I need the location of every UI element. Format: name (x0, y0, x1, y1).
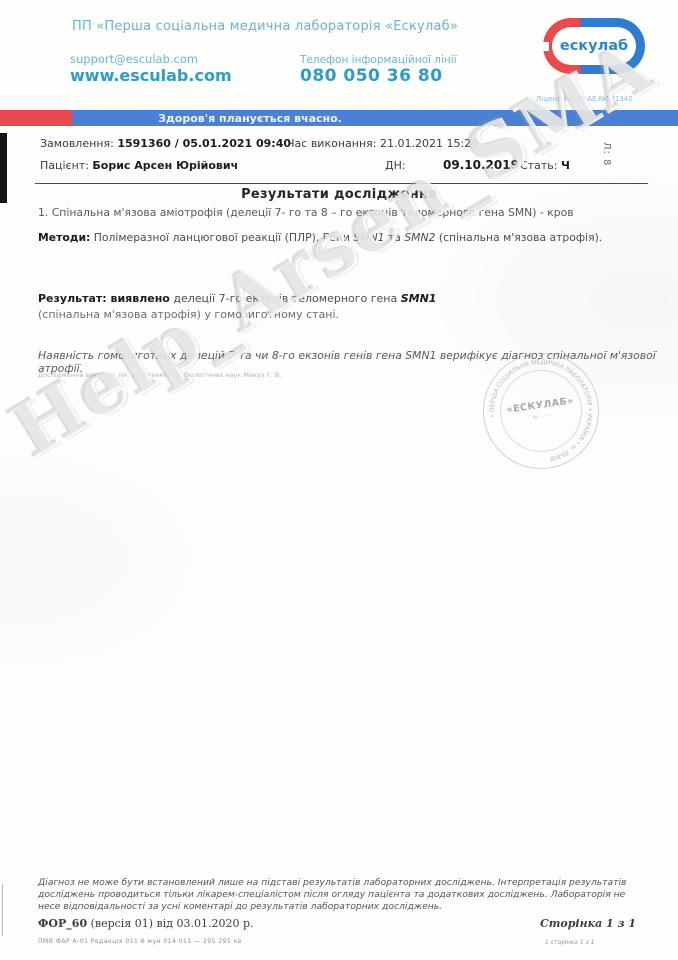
dob-label: ДН: (385, 159, 406, 172)
exec-label: Час виконання: (287, 137, 376, 150)
phone-number: 080 050 36 80 (300, 66, 443, 86)
company-name: ПП «Перша соціальна медична лабораторія … (72, 19, 458, 34)
footer-disclaimer: Діагноз не може бути встановлений лише н… (38, 877, 646, 913)
sex-value: Ч (561, 159, 570, 172)
license-number: Ліцензія МОЗ АЕ №571340 (536, 95, 633, 103)
form-version-line: ФОР_60 (версія 01) від 03.01.2020 р. (38, 917, 254, 930)
patient-row: Пацієнт: Борис Арсен Юрійович (40, 159, 238, 172)
patient-label: Пацієнт: (40, 159, 89, 172)
result-line-2: (спінальна м'язова атрофія) у гомозиготн… (38, 308, 339, 321)
side-lab-mark: Л: 8 (601, 142, 612, 166)
support-email: support@esculab.com (70, 52, 198, 66)
exec-value: 21.01.2021 15:29 (380, 137, 478, 150)
esculab-logo: ескулаб (543, 18, 645, 74)
performed-by-line: Дослідження виконав: лік. лаб. генетики,… (38, 371, 281, 379)
lab-report-page: ПП «Перша соціальна медична лабораторія … (0, 0, 678, 960)
order-label: Замовлення: (40, 137, 114, 150)
logo-text: ескулаб (560, 38, 628, 54)
order-row: Замовлення: 1591360 / 05.01.2021 09:40 (40, 137, 291, 150)
order-value: 1591360 / 05.01.2021 09:40 (117, 137, 291, 150)
banner-red-segment (0, 110, 72, 126)
cutoff-small-print-right: 1 сторінка 1 з 1 (545, 939, 594, 946)
cutoff-small-print-left: ПМВ ФАР А-01 Редакція 011 6 мун 014 011 … (38, 938, 242, 945)
methods-line: Методи: Полімеразної ланцюгової реакції … (38, 231, 602, 244)
logo-inner: ескулаб (552, 27, 636, 65)
results-title: Результати дослідження (0, 187, 678, 202)
page-number: Сторінка 1 з 1 (540, 917, 636, 930)
exec-time-row: Час виконання: 21.01.2021 15:29 (287, 137, 478, 150)
tagline-text: Здоров'я планується вчасно. (120, 112, 380, 125)
sex-label: Стать: (520, 159, 557, 172)
scan-edge-faint-line (2, 884, 3, 936)
result-line-1: Результат: виявлено делеції 7-го екзонів… (38, 292, 436, 305)
methods-label: Методи: (38, 231, 90, 244)
tagline-banner: Здоров'я планується вчасно. (0, 110, 678, 126)
phone-label: Телефон інформаційної лінії (300, 54, 457, 66)
logo-notch (542, 42, 549, 51)
lab-round-stamp: • ПЕРША СОЦІАЛЬНА МЕДИЧНА ЛАБОРАТОРІЯ • … (475, 345, 606, 476)
test-name-line: 1. Спінальна м'язова аміотрофія (делеції… (38, 206, 574, 219)
dob-value: 09.10.2019 (443, 158, 519, 172)
form-code: ФОР_60 (38, 917, 87, 930)
result-gene: SMN1 (401, 292, 437, 305)
result-label: Результат: (38, 292, 107, 305)
website-url: www.esculab.com (70, 66, 232, 85)
sex-row: Стать: Ч (520, 159, 570, 172)
patient-name: Борис Арсен Юрійович (92, 159, 238, 172)
gene-smn1: SMN1 (353, 231, 384, 244)
horizontal-rule (35, 183, 648, 184)
gene-smn2: SMN2 (404, 231, 435, 244)
